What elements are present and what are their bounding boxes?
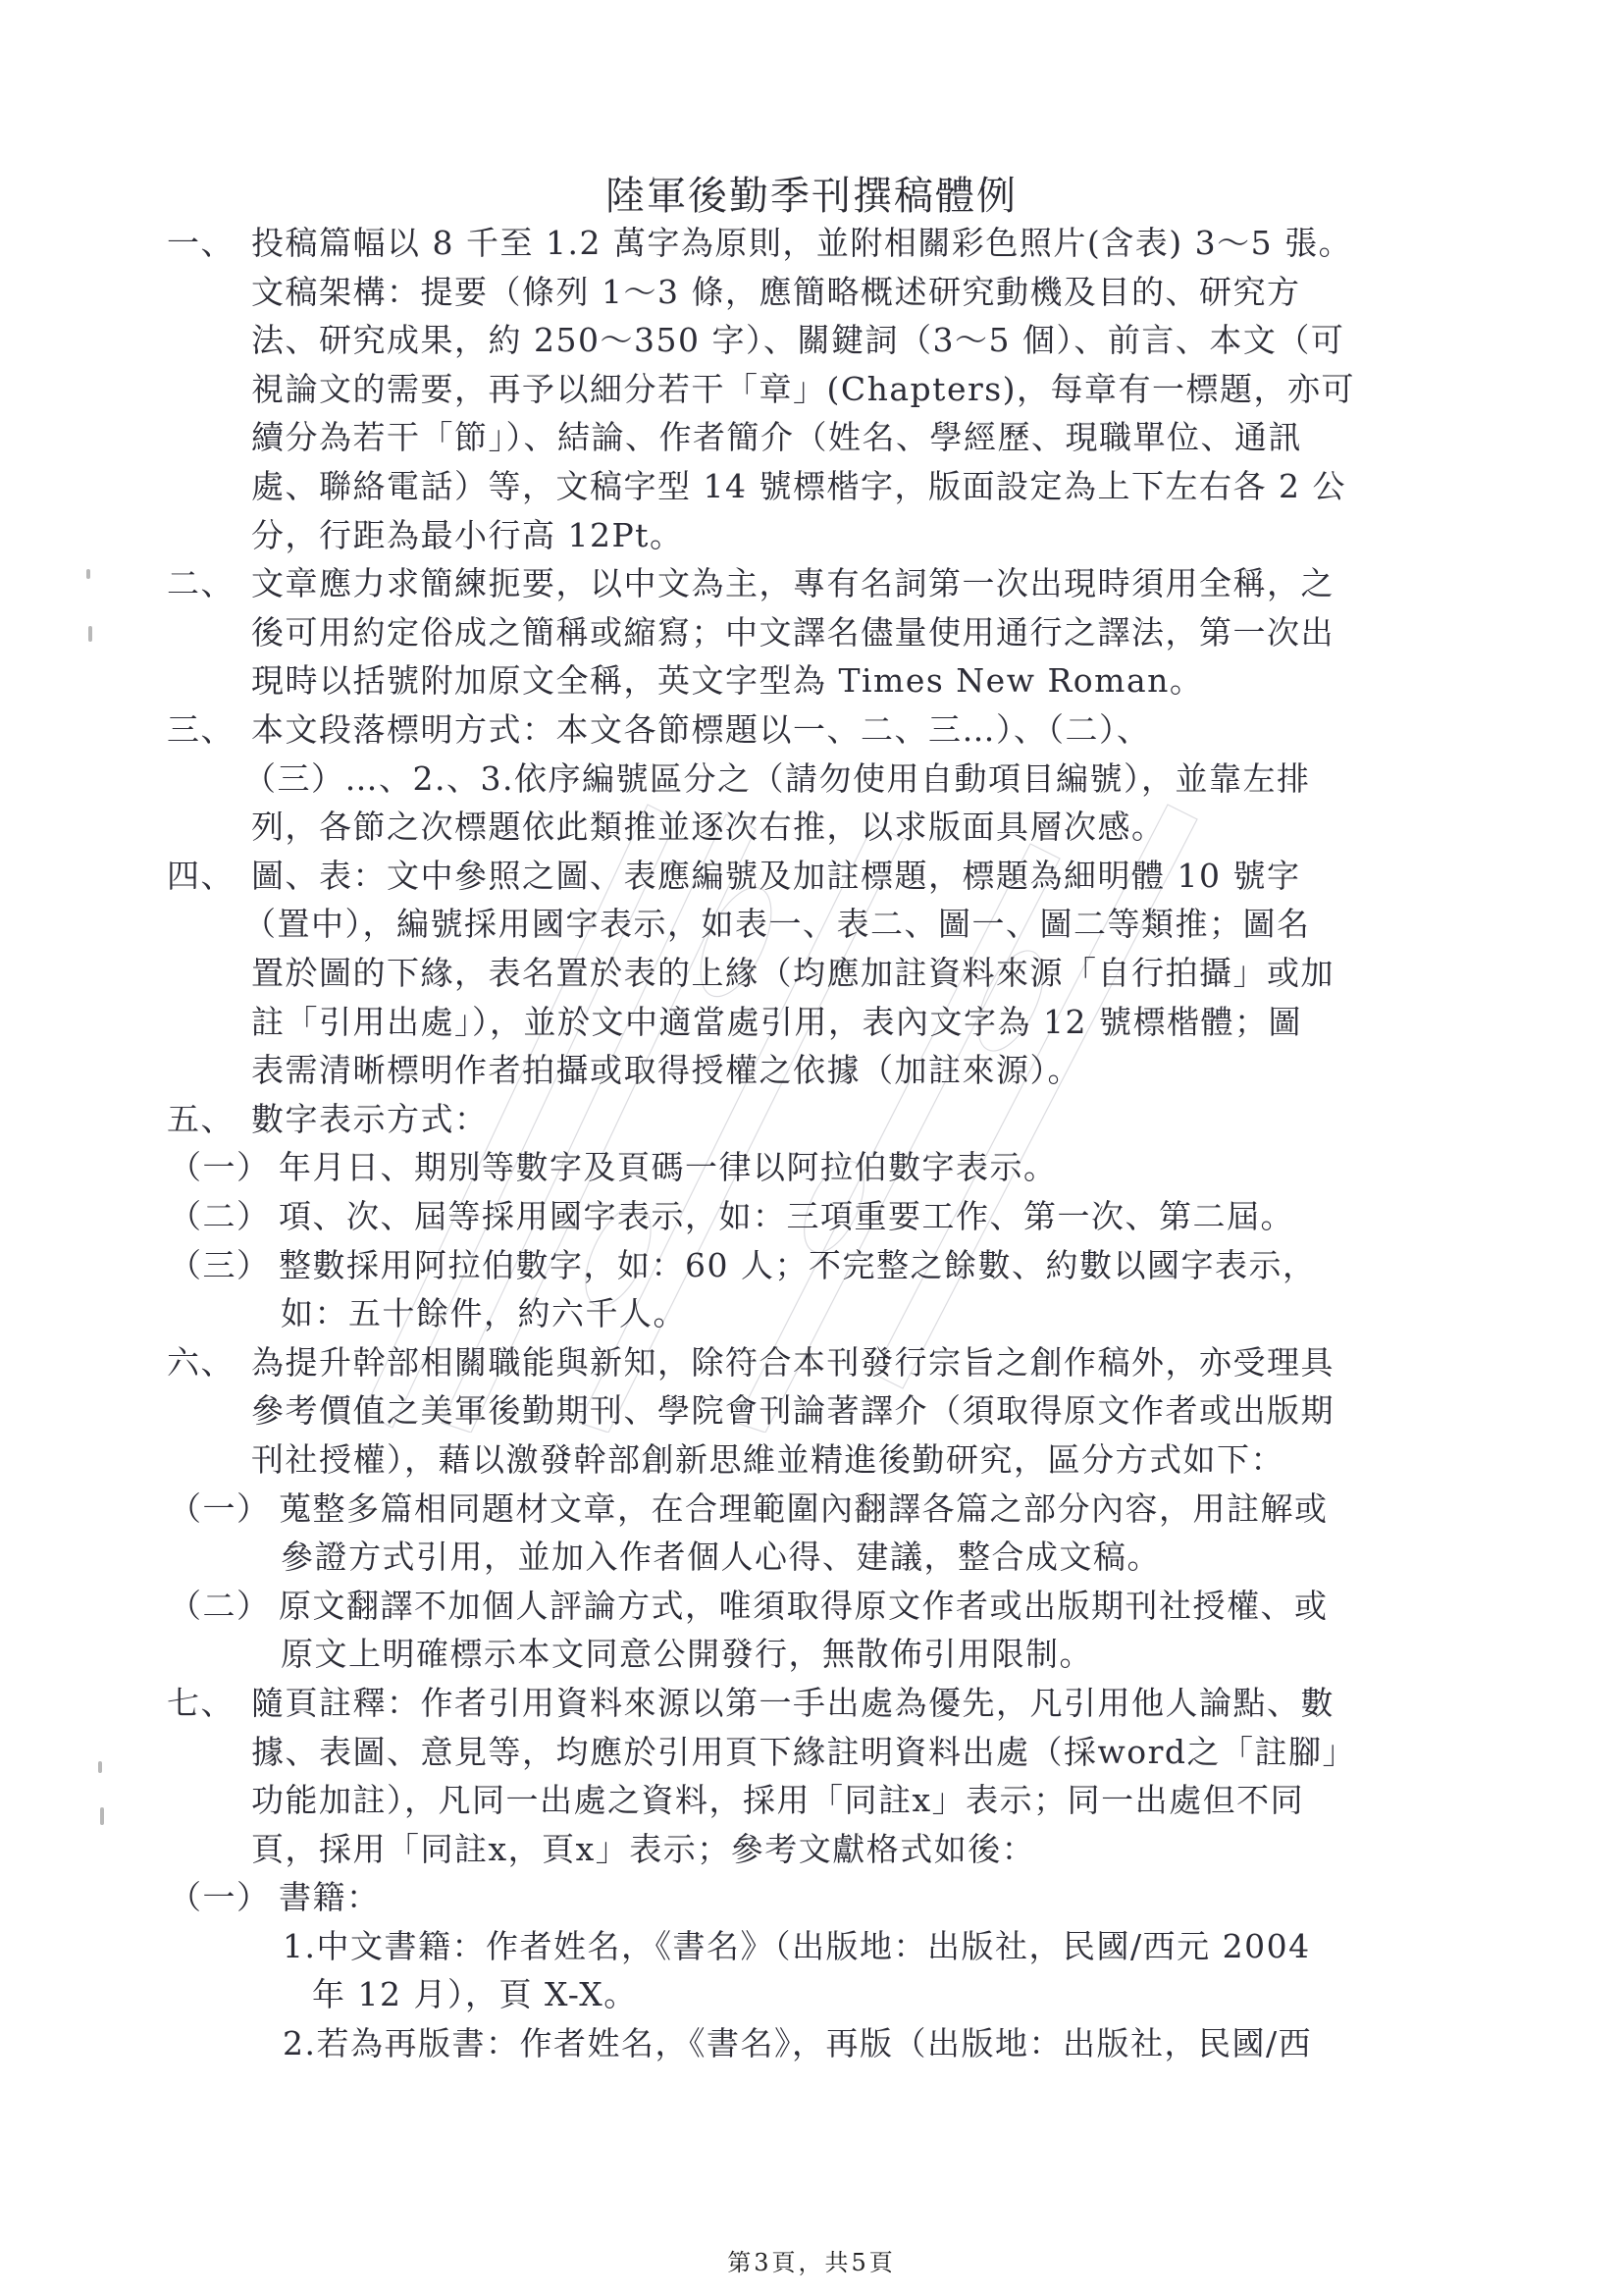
item-marker: 六、 xyxy=(167,1341,251,1384)
line-text: 處、聯絡電話）等，文稿字型 14 號標楷字，版面設定為上下左右各 2 公 xyxy=(251,467,1346,505)
scan-artifact xyxy=(88,626,92,642)
line-text: 表需清晰標明作者拍攝或取得授權之依據（加註來源）。 xyxy=(251,1051,1081,1089)
item-5-line: 五、數字表示方式： xyxy=(167,1098,489,1141)
subitem-line: （一）書籍： xyxy=(169,1876,381,1919)
line-text: 據、表圖、意見等，均應於引用頁下緣註明資料出處（採word之「註腳」 xyxy=(251,1733,1356,1771)
item-6-line: 參考價值之美軍後勤期刊、學院會刊論著譯介（須取得原文作者或出版期 xyxy=(251,1389,1335,1433)
item-3-line: 列，各節之次標題依此類推並逐次右推，以求版面具層次感。 xyxy=(251,806,1166,849)
item-4-line: 表需清晰標明作者拍攝或取得授權之依據（加註來源）。 xyxy=(251,1049,1081,1092)
item-7-line: 功能加註），凡同一出處之資料，採用「同註x」表示；同一出處但不同 xyxy=(251,1779,1304,1822)
item-1-line: 處、聯絡電話）等，文稿字型 14 號標楷字，版面設定為上下左右各 2 公 xyxy=(251,465,1346,508)
line-text: 為提升幹部相關職能與新知，除符合本刊發行宗旨之創作稿外，亦受理具 xyxy=(251,1343,1335,1382)
item-1-line: 法、研究成果，約 250～350 字）、關鍵詞（3～5 個）、前言、本文（可 xyxy=(251,319,1344,362)
item-1-line: 一、投稿篇幅以 8 千至 1.2 萬字為原則，並附相關彩色照片(含表) 3～5 … xyxy=(167,222,1352,265)
line-text: 書籍： xyxy=(279,1878,381,1916)
subitem-line: （一）年月日、期別等數字及頁碼一律以阿拉伯數字表示。 xyxy=(169,1146,1058,1189)
item-marker: 三、 xyxy=(167,708,251,752)
line-text: 列，各節之次標題依此類推並逐次右推，以求版面具層次感。 xyxy=(251,808,1166,846)
subitem-line: 如：五十餘件，約六千人。 xyxy=(281,1292,687,1335)
item-marker: 七、 xyxy=(167,1682,251,1725)
line-text: 分，行距為最小行高 12Pt。 xyxy=(251,516,683,554)
line-text: 隨頁註釋：作者引用資料來源以第一手出處為優先，凡引用他人論點、數 xyxy=(251,1684,1335,1722)
subitem-line: （一）蒐整多篇相同題材文章，在合理範圍內翻譯各篇之部分內容，用註解或 xyxy=(169,1487,1329,1531)
page-number-footer: 第3頁，共5頁 xyxy=(0,2243,1623,2277)
line-text: 年月日、期別等數字及頁碼一律以阿拉伯數字表示。 xyxy=(279,1148,1058,1186)
item-3-line: （三）…、2.、3.依序編號區分之（請勿使用自動項目編號），並靠左排 xyxy=(243,757,1310,801)
item-4-line: （置中），編號採用國字表示，如表一、表二、圖一、圖二等類推；圖名 xyxy=(243,903,1311,946)
line-text: 文章應力求簡練扼要，以中文為主，專有名詞第一次出現時須用全稱，之 xyxy=(251,564,1335,602)
subitem-marker: （三） xyxy=(169,1244,279,1287)
page-title: 陸軍後勤季刊撰稿體例 xyxy=(0,165,1623,221)
item-6-line: 六、為提升幹部相關職能與新知，除符合本刊發行宗旨之創作稿外，亦受理具 xyxy=(167,1341,1335,1384)
scan-artifact xyxy=(100,1807,104,1825)
line-text: 續分為若干「節」）、結論、作者簡介（姓名、學經歷、現職單位、通訊 xyxy=(251,418,1302,456)
item-2-line: 後可用約定俗成之簡稱或縮寫；中文譯名儘量使用通行之譯法，第一次出 xyxy=(251,611,1335,654)
line-text: 註「引用出處」），並於文中適當處引用，表內文字為 12 號標楷體；圖 xyxy=(251,1003,1302,1041)
item-marker: 四、 xyxy=(167,855,251,898)
item-marker: 二、 xyxy=(167,562,251,605)
line-text: （三）…、2.、3.依序編號區分之（請勿使用自動項目編號），並靠左排 xyxy=(243,759,1310,798)
scan-artifact xyxy=(98,1761,102,1773)
line-text: 2.若為再版書：作者姓名，《書名》，再版（出版地：出版社，民國/西 xyxy=(283,2024,1312,2062)
item-7-line: 據、表圖、意見等，均應於引用頁下緣註明資料出處（採word之「註腳」 xyxy=(251,1731,1356,1774)
item-4-line: 置於圖的下緣，表名置於表的上緣（均應加註資料來源「自行拍攝」或加 xyxy=(251,952,1335,995)
line-text: （置中），編號採用國字表示，如表一、表二、圖一、圖二等類推；圖名 xyxy=(243,905,1311,943)
line-text: 文稿架構：提要（條列 1～3 條，應簡略概述研究動機及目的、研究方 xyxy=(251,273,1300,311)
reference-line: 年 12 月），頁 X-X。 xyxy=(312,1973,638,2016)
line-text: 功能加註），凡同一出處之資料，採用「同註x」表示；同一出處但不同 xyxy=(251,1781,1304,1819)
subitem-line: 原文上明確標示本文同意公開發行，無散佈引用限制。 xyxy=(281,1633,1093,1676)
line-text: 原文翻譯不加個人評論方式，唯須取得原文作者或出版期刊社授權、或 xyxy=(279,1587,1329,1625)
line-text: 投稿篇幅以 8 千至 1.2 萬字為原則，並附相關彩色照片(含表) 3～5 張。 xyxy=(251,224,1352,262)
item-7-line: 七、隨頁註釋：作者引用資料來源以第一手出處為優先，凡引用他人論點、數 xyxy=(167,1682,1335,1725)
scan-artifact xyxy=(86,569,90,579)
line-text: 後可用約定俗成之簡稱或縮寫；中文譯名儘量使用通行之譯法，第一次出 xyxy=(251,613,1335,652)
subitem-line: （二）項、次、屆等採用國字表示，如：三項重要工作、第一次、第二屆。 xyxy=(169,1195,1294,1238)
line-text: 年 12 月），頁 X-X。 xyxy=(312,1975,638,2013)
subitem-marker: （二） xyxy=(169,1585,279,1628)
line-text: 蒐整多篇相同題材文章，在合理範圍內翻譯各篇之部分內容，用註解或 xyxy=(279,1489,1329,1528)
item-marker: 一、 xyxy=(167,222,251,265)
item-1-line: 分，行距為最小行高 12Pt。 xyxy=(251,514,683,557)
line-text: 刊社授權），藉以激發幹部創新思維並精進後勤研究，區分方式如下： xyxy=(251,1440,1284,1479)
line-text: 本文段落標明方式：本文各節標題以一、二、三…）、（二）、 xyxy=(251,710,1151,749)
line-text: 參證方式引用，並加入作者個人心得、建議，整合成文稿。 xyxy=(281,1538,1161,1576)
subitem-marker: （二） xyxy=(169,1195,279,1238)
document-page: 陸軍後勤季刊撰稿體例 一、投稿篇幅以 8 千至 1.2 萬字為原則，並附相關彩色… xyxy=(0,0,1623,2296)
line-text: 現時以括號附加原文全稱，英文字型為 Times New Roman。 xyxy=(251,661,1203,700)
item-1-line: 視論文的需要，再予以細分若干「章」(Chapters)，每章有一標題，亦可 xyxy=(251,368,1355,411)
subitem-line: （二）原文翻譯不加個人評論方式，唯須取得原文作者或出版期刊社授權、或 xyxy=(169,1585,1329,1628)
subitem-marker: （一） xyxy=(169,1876,279,1919)
reference-line: 1.中文書籍：作者姓名，《書名》（出版地：出版社，民國/西元 2004 xyxy=(283,1925,1311,1968)
line-text: 置於圖的下緣，表名置於表的上緣（均應加註資料來源「自行拍攝」或加 xyxy=(251,954,1335,992)
item-2-line: 現時以括號附加原文全稱，英文字型為 Times New Roman。 xyxy=(251,659,1203,703)
item-6-line: 刊社授權），藉以激發幹部創新思維並精進後勤研究，區分方式如下： xyxy=(251,1438,1284,1482)
item-3-line: 三、本文段落標明方式：本文各節標題以一、二、三…）、（二）、 xyxy=(167,708,1151,752)
item-marker: 五、 xyxy=(167,1098,251,1141)
line-text: 原文上明確標示本文同意公開發行，無散佈引用限制。 xyxy=(281,1635,1093,1673)
line-text: 1.中文書籍：作者姓名，《書名》（出版地：出版社，民國/西元 2004 xyxy=(283,1927,1311,1965)
line-text: 如：五十餘件，約六千人。 xyxy=(281,1294,687,1332)
subitem-marker: （一） xyxy=(169,1146,279,1189)
item-7-line: 頁，採用「同註x，頁x」表示；參考文獻格式如後： xyxy=(251,1828,1035,1871)
item-4-line: 四、圖、表：文中參照之圖、表應編號及加註標題，標題為細明體 10 號字 xyxy=(167,855,1300,898)
item-2-line: 二、文章應力求簡練扼要，以中文為主，專有名詞第一次出現時須用全稱，之 xyxy=(167,562,1335,605)
subitem-marker: （一） xyxy=(169,1487,279,1531)
line-text: 法、研究成果，約 250～350 字）、關鍵詞（3～5 個）、前言、本文（可 xyxy=(251,321,1344,359)
line-text: 數字表示方式： xyxy=(251,1100,489,1138)
line-text: 項、次、屆等採用國字表示，如：三項重要工作、第一次、第二屆。 xyxy=(279,1197,1294,1235)
subitem-line: （三）整數採用阿拉伯數字，如：60 人；不完整之餘數、約數以國字表示， xyxy=(169,1244,1316,1287)
line-text: 圖、表：文中參照之圖、表應編號及加註標題，標題為細明體 10 號字 xyxy=(251,857,1300,895)
line-text: 視論文的需要，再予以細分若干「章」(Chapters)，每章有一標題，亦可 xyxy=(251,370,1355,408)
line-text: 整數採用阿拉伯數字，如：60 人；不完整之餘數、約數以國字表示， xyxy=(279,1246,1316,1284)
subitem-line: 參證方式引用，並加入作者個人心得、建議，整合成文稿。 xyxy=(281,1536,1161,1579)
line-text: 頁，採用「同註x，頁x」表示；參考文獻格式如後： xyxy=(251,1830,1035,1868)
line-text: 參考價值之美軍後勤期刊、學院會刊論著譯介（須取得原文作者或出版期 xyxy=(251,1391,1335,1430)
item-4-line: 註「引用出處」），並於文中適當處引用，表內文字為 12 號標楷體；圖 xyxy=(251,1001,1302,1044)
reference-line: 2.若為再版書：作者姓名，《書名》，再版（出版地：出版社，民國/西 xyxy=(283,2022,1312,2065)
item-1-line: 文稿架構：提要（條列 1～3 條，應簡略概述研究動機及目的、研究方 xyxy=(251,271,1300,314)
item-1-line: 續分為若干「節」）、結論、作者簡介（姓名、學經歷、現職單位、通訊 xyxy=(251,416,1302,459)
